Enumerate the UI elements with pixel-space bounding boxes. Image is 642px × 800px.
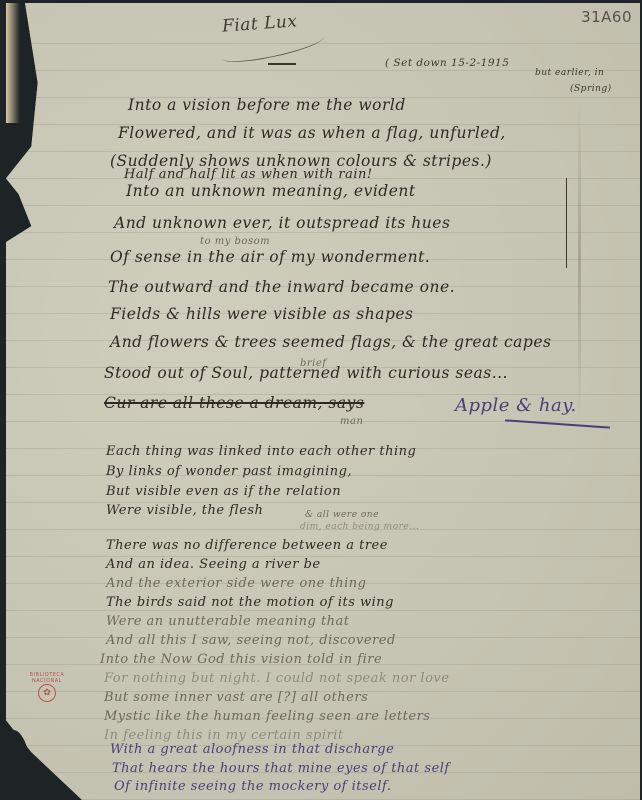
library-stamp: BIBLIOTECA NACIONAL ✿	[22, 672, 72, 712]
stanza-1-line-3b: Half and half lit as when with rain!	[124, 167, 373, 182]
stanza-1-line-4: Into an unknown meaning, evident	[126, 182, 416, 200]
stanza-2-note-1: & all were one	[305, 510, 379, 520]
margin-bracket	[560, 178, 567, 268]
date-note-right-2: (Spring)	[570, 84, 612, 94]
stamp-seal-icon: ✿	[38, 684, 56, 702]
stanza-3-line-6: And all this I saw, seeing not, discover…	[106, 633, 396, 648]
paper-crease	[578, 100, 581, 420]
stanza-3-line-8: For nothing but night. I could not speak…	[104, 671, 449, 686]
stanza-1-line-7: The outward and the inward became one.	[108, 278, 455, 296]
stanza-4-line-3: Of infinite seeing the mockery of itself…	[114, 779, 392, 794]
violet-annotation: Apple & hay.	[455, 395, 577, 416]
paper-edge-stain	[6, 3, 20, 123]
stanza-3-line-11: In feeling this in my certain spirit	[104, 728, 344, 743]
interlinear-note-3: man	[340, 416, 363, 427]
stanza-3-line-9: But some inner vast are [?] all others	[104, 690, 368, 705]
stanza-3-line-5: Were an unutterable meaning that	[106, 614, 350, 629]
stanza-1-line-11: Cur are all these a dream, says	[104, 394, 364, 412]
stamp-text: BIBLIOTECA NACIONAL	[22, 672, 72, 684]
stanza-1-line-2: Flowered, and it was as when a flag, unf…	[118, 124, 506, 142]
stanza-3-line-1: There was no difference between a tree	[106, 538, 388, 553]
stanza-3-line-7: Into the Now God this vision told in fir…	[100, 652, 382, 667]
stanza-3-line-2: And an idea. Seeing a river be	[106, 557, 321, 572]
title-rule	[268, 63, 296, 65]
interlinear-note-1: to my bosom	[200, 236, 270, 247]
stanza-2-line-1: Each thing was linked into each other th…	[106, 444, 416, 459]
stanza-2-line-4: Were visible, the flesh	[106, 503, 263, 518]
stanza-1-line-6: Of sense in the air of my wonderment.	[110, 248, 430, 266]
date-note: ( Set down 15-2-1915	[385, 57, 509, 69]
stanza-1-line-9: And flowers & trees seemed flags, & the …	[110, 333, 551, 351]
stanza-1-line-5: And unknown ever, it outspread its hues	[114, 214, 450, 232]
stanza-3-line-10: Mystic like the human feeling seen are l…	[104, 709, 430, 724]
stanza-2-line-3: But visible even as if the relation	[106, 484, 341, 499]
stanza-4-line-2: That hears the hours that mine eyes of t…	[112, 761, 450, 776]
date-note-right: but earlier, in	[535, 68, 604, 78]
stanza-1-line-1: Into a vision before me the world	[128, 96, 406, 114]
stanza-1-line-10: Stood out of Soul, patterned with curiou…	[104, 364, 508, 382]
catalog-number: 31A60	[581, 8, 632, 26]
stanza-3-line-3: And the exterior side were one thing	[106, 576, 366, 591]
stanza-2-line-2: By links of wonder past imagining,	[106, 464, 352, 479]
stanza-3-line-4: The birds said not the motion of its win…	[106, 595, 394, 610]
stanza-2-note-2: dim, each being more...	[300, 522, 419, 532]
stanza-1-line-8: Fields & hills were visible as shapes	[110, 305, 414, 323]
stanza-4-line-1: With a great aloofness in that discharge	[110, 742, 394, 757]
